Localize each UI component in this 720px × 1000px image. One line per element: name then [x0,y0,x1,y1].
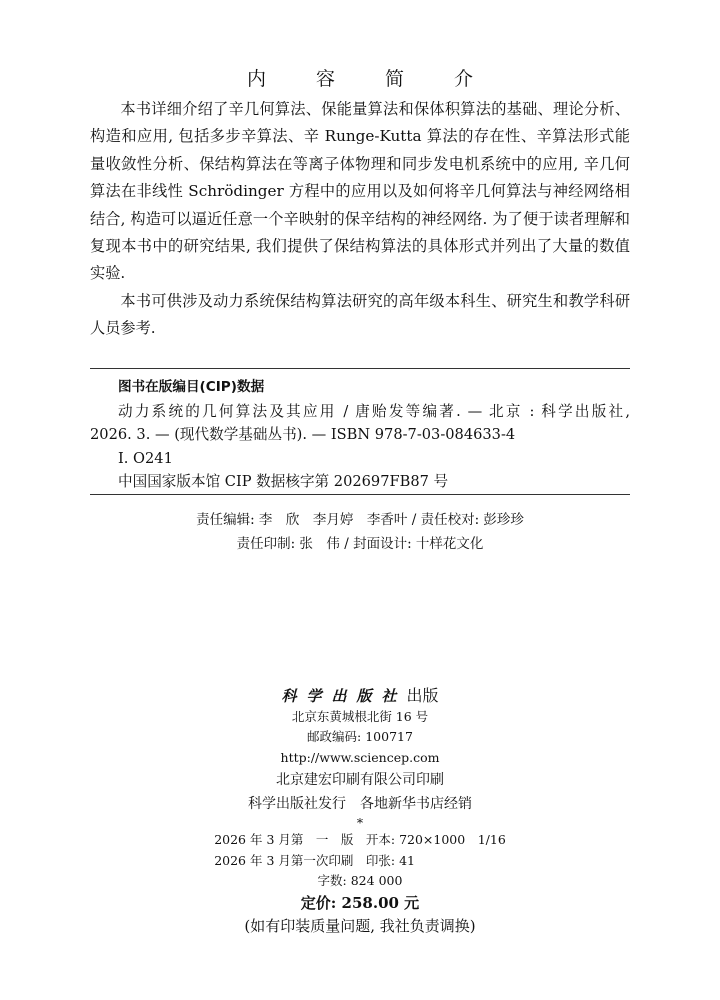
distribution: 科学出版社发行 各地新华书店经销 [0,792,720,816]
cip-top-rule [90,368,630,369]
printer: 北京建宏印刷有限公司印刷 [0,768,720,792]
abstract: 本书详细介绍了辛几何算法、保能量算法和保体积算法的基础、理论分析、构造和应用, … [90,96,630,343]
abstract-paragraph-2: 本书可供涉及动力系统保结构算法研究的高年级本科生、研究生和教学科研人员参考. [90,288,630,343]
cip-line-isbn: 2026. 3. — (现代数学基础丛书). — ISBN 978-7-03-0… [90,423,630,447]
publisher-line: 科学出版社出版 [0,686,720,707]
publisher-suffix: 出版 [407,686,439,705]
cip-block: 图书在版编目(CIP)数据 动力系统的几何算法及其应用 / 唐贻发等编著. — … [90,376,630,494]
quality-note: (如有印装质量问题, 我社负责调换) [0,914,720,938]
credits-editors: 责任编辑: 李 欣 李月婷 李香叶 / 责任校对: 彭珍珍 [0,508,720,532]
printing-info: 2026 年 3 月第一次印刷 印张: 41 [214,851,506,872]
cip-line-title: 动力系统的几何算法及其应用 / 唐贻发等编著. — 北京 : 科学出版社, [90,400,630,424]
cip-heading: 图书在版编目(CIP)数据 [90,376,630,400]
publisher-address: 北京东黄城根北街 16 号 [0,707,720,728]
page-title: 内 容 简 介 [0,64,720,91]
edition-info: 2026 年 3 月第 一 版 开本: 720×1000 1/16 [214,830,506,851]
cip-bottom-rule [90,494,630,495]
publisher-postcode: 邮政编码: 100717 [0,727,720,748]
word-count: 字数: 824 000 [0,871,720,892]
separator-star: * [0,816,720,830]
publisher-block: 科学出版社出版 北京东黄城根北街 16 号 邮政编码: 100717 http:… [0,686,720,938]
cip-line-record: 中国国家版本馆 CIP 数据核字第 202697FB87 号 [90,470,630,494]
credits-production: 责任印制: 张 伟 / 封面设计: 十样花文化 [0,532,720,556]
credits: 责任编辑: 李 欣 李月婷 李香叶 / 责任校对: 彭珍珍 责任印制: 张 伟 … [0,508,720,556]
cip-line-classification: I. O241 [90,447,630,471]
abstract-paragraph-1: 本书详细介绍了辛几何算法、保能量算法和保体积算法的基础、理论分析、构造和应用, … [90,96,630,288]
publisher-url: http://www.sciencep.com [0,748,720,769]
price: 定价: 258.00 元 [0,892,720,914]
publisher-logo: 科学出版社 [281,687,406,705]
edition-block: 2026 年 3 月第 一 版 开本: 720×1000 1/16 2026 年… [214,830,506,871]
